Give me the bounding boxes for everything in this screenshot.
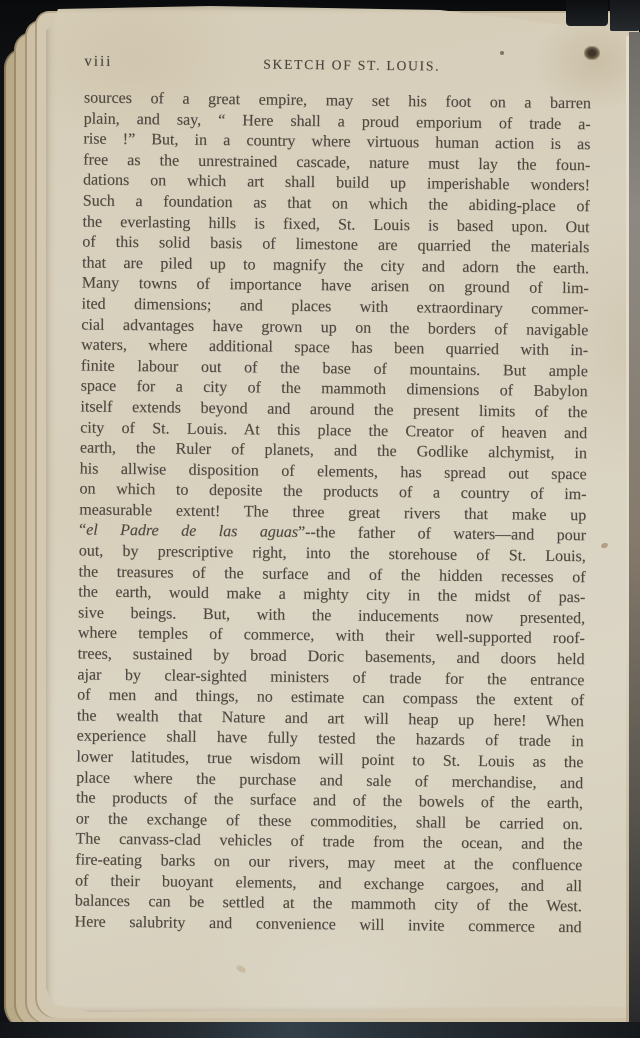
running-header: viii SKETCH OF ST. LOUIS.	[84, 52, 591, 78]
running-title: SKETCH OF ST. LOUIS.	[263, 56, 440, 74]
book-page: viii SKETCH OF ST. LOUIS. sources of a g…	[44, 4, 640, 1014]
page-number: viii	[84, 53, 112, 70]
text-block: sources of a great empire, may set his f…	[74, 88, 591, 938]
page-content: viii SKETCH OF ST. LOUIS. sources of a g…	[33, 4, 640, 940]
book-cover-edge	[610, 0, 640, 31]
book-cover-edge	[566, 0, 608, 26]
table-surface-shadow	[0, 1022, 640, 1038]
book-photo: viii SKETCH OF ST. LOUIS. sources of a g…	[0, 0, 640, 1038]
screenshot-root: { "document": { "page_number": "viii", "…	[0, 0, 640, 1038]
page-fore-edge-shadow	[629, 32, 640, 1038]
